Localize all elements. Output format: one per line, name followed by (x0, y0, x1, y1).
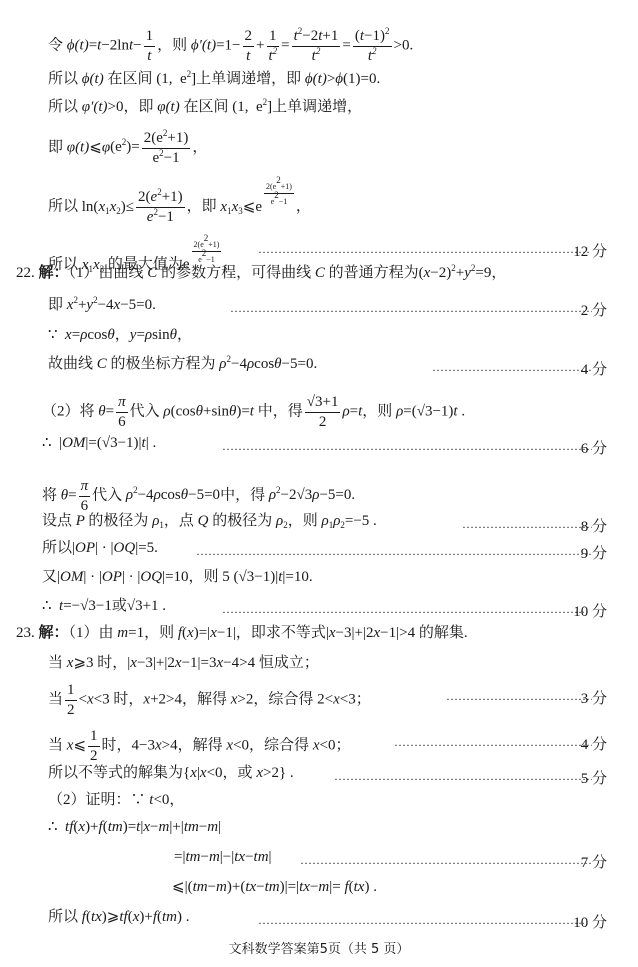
part-label: （1） (69, 265, 99, 281)
score-label: 2 分 (581, 299, 607, 320)
text: ，即求不等式 (236, 625, 326, 641)
text: ，则 (362, 403, 392, 419)
text: 的普通方程为 (329, 265, 419, 281)
score-label: 3 分 (581, 687, 607, 708)
score-leader-dots: …………………………………………………………………………………………………………… (196, 544, 592, 559)
q23-line-7: ∴ tf(x)+f(tm)=t|x−m|+|tm−m| (48, 820, 221, 835)
score-label: 10 分 (573, 911, 607, 932)
q22-line-11: ∴ t=−√3−1或√3+1 . (42, 599, 166, 614)
line-ln-bound: 所以 ln(x1x2)≤2(e2+1)e2−1，即 x1x3⩽e2(e2+1)e… (48, 180, 311, 225)
text: 代入 (130, 403, 160, 419)
text: 由曲线 (99, 265, 144, 281)
q23-line-6: （2）证明：∵ t<0， (48, 793, 184, 808)
solution-label: 解： (39, 625, 69, 641)
text: 时， (113, 691, 143, 707)
text: 即 (48, 297, 63, 313)
score-leader-dots: ……………………………………… (462, 517, 592, 532)
score-label: 4 分 (581, 358, 607, 379)
math-phi-def: ϕ(t)=t−2lnt− (67, 37, 142, 53)
q23-line-4: 当 x⩽12时，4−3x>4，解得 x<0，综合得 x<0； (48, 728, 350, 764)
text: 得 (288, 403, 303, 419)
score-label: 7 分 (581, 851, 607, 872)
part-label: （2） (42, 403, 80, 419)
text: 所以 (48, 99, 78, 115)
q23-line-1: 23. 解：（1）由 m=1，则 f(x)=|x−1|，即求不等式|x−3|+|… (16, 626, 468, 641)
text: 的极径为 (88, 513, 148, 529)
text: 代入 (92, 487, 122, 503)
text: ， (192, 139, 207, 155)
text: 将 (80, 403, 95, 419)
q22-line-5: （2）将 θ=π6代入 ρ(cosθ+sinθ)=t 中，得√3+12ρ=t，则… (42, 394, 465, 430)
score-label: 12 分 (573, 240, 607, 261)
text: 在区间 (107, 71, 152, 87)
q23-line-9: ⩽|(tm−m)+(tx−tm)|=|tx−m|= f(tx) . (172, 880, 377, 895)
text: 所以 (48, 909, 78, 925)
score-leader-dots: …………………………………………………………………………………………………………… (258, 242, 590, 257)
text: 证明： (86, 792, 131, 808)
text: ，即 (187, 199, 217, 215)
score-leader-dots: …………………………………………………………………………………………………………… (222, 602, 584, 617)
text: ，则 (288, 513, 318, 529)
text: 解得 (193, 737, 223, 753)
therefore-symbol: ∴ (42, 598, 52, 614)
q23-line-3: 当12<x<3 时，x+2>4，解得 x>2，综合得 2<x<3； (48, 682, 371, 718)
text: 恒成立； (259, 655, 319, 671)
part-label: （2） (48, 792, 86, 808)
text: 解得 (197, 691, 227, 707)
text: 所以 (48, 199, 78, 215)
text: 或 (112, 598, 127, 614)
text: 上单调递增， (196, 71, 286, 87)
text: ； (356, 691, 371, 707)
text: 的参数方程，可得曲线 (161, 265, 311, 281)
text: 或 (238, 765, 253, 781)
q22-line-8: 设点 P 的极径为 ρ1，点 Q 的极径为 ρ2，则 ρ1ρ2=−5 . (42, 514, 377, 529)
text: 时， (102, 737, 132, 753)
score-leader-dots: …………………………………………………………………………………… (300, 853, 592, 868)
text: 将 (42, 487, 57, 503)
text: 中，得 (220, 487, 265, 503)
text: 中， (258, 403, 288, 419)
text-ze: ，则 (157, 37, 187, 53)
text: ， (177, 327, 192, 343)
score-leader-dots: ………………………………………………………………………… (334, 769, 592, 784)
question-number: 22. (16, 265, 35, 281)
q23-line-8: =|tm−m|−|tx−tm| (174, 850, 272, 865)
text: 当 (48, 737, 63, 753)
text: ，则 (189, 569, 219, 585)
solution-label: 解： (39, 265, 69, 281)
text: 综合得 (268, 691, 313, 707)
line-phi-increasing: 所以 ϕ(t) 在区间 (1, e2]上单调递增，即 ϕ(t)>ϕ(1)=0. (48, 72, 380, 87)
line-phi-definition: 令 ϕ(t)=t−2lnt−1t，则 ϕ′(t)=1−2t+1t2=t2−2t+… (48, 28, 413, 64)
text: ； (335, 737, 350, 753)
therefore-symbol: ∴ (42, 435, 52, 451)
text: 所以 (48, 71, 78, 87)
score-label: 5 分 (581, 767, 607, 788)
because-symbol: ∵ (131, 792, 146, 808)
text: 当 (48, 691, 63, 707)
score-leader-dots: ………………………………………………… (432, 360, 592, 375)
question-number: 23. (16, 625, 35, 641)
text: 即 (286, 71, 301, 87)
score-leader-dots: ………………………………………………………… (394, 735, 592, 750)
math-phi-derivative: ϕ′(t)=1− (191, 37, 241, 53)
text: 设点 (42, 513, 72, 529)
score-leader-dots: …………………………………………………………………………………………………… (258, 913, 584, 928)
score-label: 10 分 (573, 600, 607, 621)
text-ling: 令 (48, 37, 63, 53)
text: ，即 (123, 99, 153, 115)
q22-line-10: 又|OM| · |OP| · |OQ|=10，则 5 (√3−1)|t|=10. (42, 570, 313, 585)
text: ， (296, 199, 311, 215)
q22-line-1: 22. 解：（1）由曲线 C 的参数方程，可得曲线 C 的普通方程为(x−2)2… (16, 266, 506, 281)
text: 故曲线 (48, 356, 93, 372)
q22-line-3: ∵ x=ρcosθ，y=ρsinθ， (48, 328, 192, 343)
text: 在区间 (183, 99, 228, 115)
text: 由 (99, 625, 114, 641)
text: ， (115, 327, 130, 343)
score-leader-dots: …………………………………………………………………………………………………………… (222, 439, 592, 454)
therefore-symbol: ∴ (48, 819, 58, 835)
line-varphi-bound: 即 φ(t)⩽φ(e2)=2(e2+1)e2−1， (48, 130, 207, 166)
text: 所以不等式的解集为 (48, 765, 183, 781)
text: 上单调递增， (272, 99, 362, 115)
score-label: 8 分 (581, 515, 607, 536)
text: 当 (48, 655, 63, 671)
text: 的解集. (419, 625, 468, 641)
part-label: （1） (69, 625, 99, 641)
text: 又 (42, 569, 57, 585)
because-symbol: ∵ (48, 327, 58, 343)
score-leader-dots: …………………………………………………………………………………………………………… (230, 301, 592, 316)
text: 的极径为 (212, 513, 272, 529)
text: 即 (48, 139, 63, 155)
q23-line-5: 所以不等式的解集为{x|x<0，或 x>2} . (48, 766, 294, 781)
text: ， (491, 265, 506, 281)
score-label: 6 分 (581, 437, 607, 458)
q22-line-6: ∴ |OM|=(√3−1)|t| . (42, 436, 156, 451)
text: 综合得 (264, 737, 309, 753)
q22-line-4: 故曲线 C 的极坐标方程为 ρ2−4ρcosθ−5=0. (48, 357, 317, 372)
frac-1-over-t: 1t (144, 28, 156, 64)
q22-line-2: 即 x2+y2−4x−5=0. (48, 298, 156, 313)
text: 的极坐标方程为 (111, 356, 216, 372)
page-footer: 文科数学答案第5页（共 5 页） (0, 938, 638, 957)
text: 所以 (42, 540, 72, 556)
score-label: 9 分 (581, 542, 607, 563)
q23-line-2: 当 x⩾3 时，|x−3|+|2x−1|=3x−4>4 恒成立； (48, 656, 319, 671)
q23-line-10: 所以 f(tx)⩾tf(x)+f(tm) . (48, 910, 190, 925)
q22-line-7: 将 θ=π6代入 ρ2−4ρcosθ−5=0中，得 ρ2−2√3ρ−5=0. (42, 478, 355, 514)
text: ，点 (164, 513, 194, 529)
score-leader-dots: ………………………………………… (446, 689, 592, 704)
q22-line-9: 所以|OP| · |OQ|=5. (42, 541, 158, 556)
text: 时， (97, 655, 127, 671)
text: ，则 (144, 625, 174, 641)
line-varphi-increasing: 所以 φ′(t)>0，即 φ(t) 在区间 (1, e2]上单调递增， (48, 100, 362, 115)
score-label: 4 分 (581, 733, 607, 754)
